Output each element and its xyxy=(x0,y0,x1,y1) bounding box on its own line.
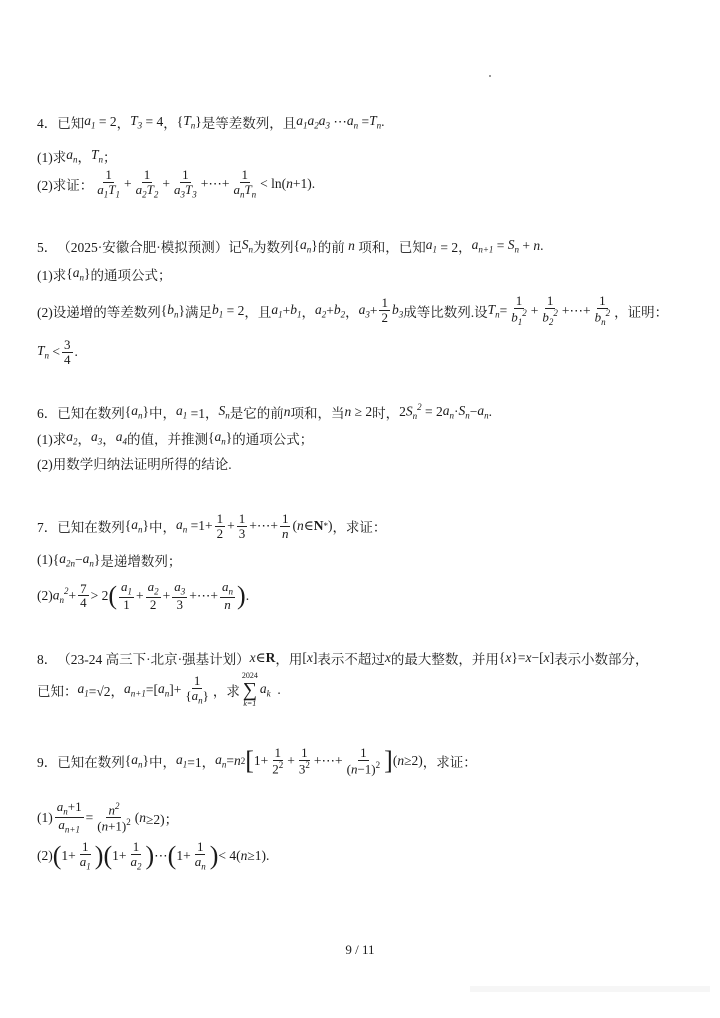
scan-artifact xyxy=(470,986,710,992)
problem-6-part-1: (1)求a2，a3，a4 的值，并推测{an}的通项公式； xyxy=(37,428,313,448)
problem-5-part-2-cont: Tn <34. xyxy=(37,338,78,366)
problem-6-stem: 6．已知在数列{an}中， a1 =1，Sn是它的前n项和，当 n ≥ 2时， … xyxy=(37,402,492,422)
problem-8-cont: 已知：a1=√2，an+1=[an]+ 1{an} ，求 2024∑k=1ak … xyxy=(37,672,281,708)
problem-9-part-1: (1) an+1an+1= n2(n+1)2(n≥2)； xyxy=(37,800,178,835)
problem-6-part-2: (2)用数学归纳法证明所得的结论. xyxy=(37,453,232,473)
problem-9-stem: 9．已知在数列{an}中， a1=1，an=n2[1+ 122+ 132+⋯+ … xyxy=(37,746,477,776)
problem-5-part-2: (2)设递增的等差数列{bn}满足 b1 = 2，且 a1+b1，a2+b2，a… xyxy=(37,294,668,327)
problem-4-stem: 4． 已知 a1 = 2， T3 = 4， {Tn}是等差数列，且 a1a2a3… xyxy=(37,112,385,132)
problem-7-part-2: (2)an2+74> 2( a11+ a22+ a33+⋯+ ann). xyxy=(37,580,249,612)
problem-4-part-2: (2)求证： 1a1T1+ 1a2T2+ 1a3T3+⋯+ 1anTn< ln(… xyxy=(37,168,315,200)
problem-4-part-1: (1)求an，Tn； xyxy=(37,146,117,166)
problem-8-stem: 8．（23-24 高三下·北京·强基计划） x∈R，用[x]表示不超过x 的最大… xyxy=(37,648,649,668)
speck xyxy=(489,75,491,77)
problem-7-stem: 7．已知在数列{an}中， an =1+12+13+⋯+1n(n∈N*)，求证： xyxy=(37,512,386,540)
problem-5-stem: 5．（2025·安徽合肥·模拟预测） 记Sn为数列 {an}的前 n 项和，已知… xyxy=(37,236,544,256)
page-number: 9 / 11 xyxy=(0,942,720,958)
problem-5-part-1: (1)求{an}的通项公式； xyxy=(37,264,171,284)
problem-9-part-2: (2) (1+1a1)(1+1a2)⋯(1+1an)< 4(n≥1). xyxy=(37,840,269,872)
problem-7-part-1: (1){a2n−an}是递增数列； xyxy=(37,550,181,570)
